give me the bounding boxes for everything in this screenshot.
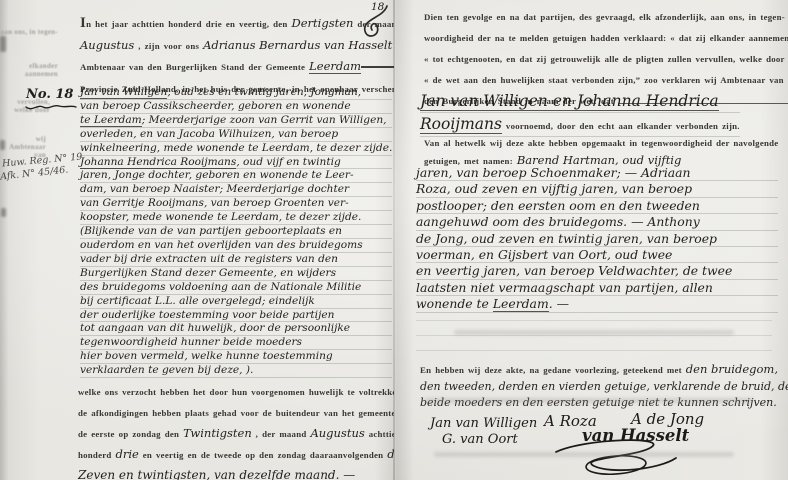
text-line: (Blijkende van de van partijen geboortep… xyxy=(80,225,392,239)
printed-text: en veertig en de tweede op den zondag da… xyxy=(139,450,387,460)
printed-text: voornoemd, door den echt aan elkander ve… xyxy=(502,121,740,131)
handwritten-text: en veertig jaren, van beroep Veldwachter… xyxy=(416,263,732,278)
text-line: der ouderlijke toestemming voor beide pa… xyxy=(80,309,392,323)
handwritten-text: Jan van Willigen en Johanna Hendrica xyxy=(420,92,719,111)
handwritten-text: jaren, van beroep Schoenmaker; — Adriaan xyxy=(416,165,691,180)
text-line: Burgerlijken Stand dezer Gemeente, en wi… xyxy=(80,267,392,281)
text-line: tegenwoordigheid hunner beide moeders xyxy=(80,336,392,350)
handwritten-text: bij certificaat L.L. alle overgelegd; ei… xyxy=(80,295,315,307)
printed-text: , zijn voor ons xyxy=(134,41,203,51)
printed-text: welke ons verzocht hebben het door hun v… xyxy=(78,387,394,397)
printed-text: de afkondigingen hebben plaats gehad voo… xyxy=(78,408,394,418)
printed-text: woordigheid der na te melden getuigen ha… xyxy=(424,33,788,43)
handwritten-text: jaren, Jonge dochter, geboren en wonende… xyxy=(80,169,354,181)
handwritten-text: ; Meerderjarige zoon van Gerrit van Will… xyxy=(142,114,387,126)
text-line: jaren, van beroep Schoenmaker; — Adriaan xyxy=(416,165,778,181)
bleed-through-line xyxy=(454,330,734,335)
text-line: van Gerritje Rooijmans, van beroep Groen… xyxy=(80,197,392,211)
text-line: dam, van beroep Naaister; Meerderjarige … xyxy=(80,183,392,197)
handwritten-text: den xyxy=(387,447,394,461)
handwritten-text: , oud zes en twintig jaren, Jongman, xyxy=(167,86,361,98)
handwritten-text: van Gerritje Rooijmans, van beroep Groen… xyxy=(80,197,349,209)
printed-text: getuigen, met namen: xyxy=(424,156,517,166)
text-line: des bruidegoms voldoening aan de Nationa… xyxy=(80,281,392,295)
printed-text: Van al hetwelk wij deze akte hebben opge… xyxy=(424,138,778,148)
right-page: Dien ten gevolge en na dat partijen, des… xyxy=(394,0,788,480)
marriage-record-scan: aan ons, in tegen- elkander aannemen ver… xyxy=(0,0,788,480)
banns-paragraph: welke ons verzocht hebben het door hun v… xyxy=(78,381,392,480)
handwritten-text: Augustus xyxy=(310,426,364,440)
handwritten-text: Rooijmans xyxy=(420,115,502,134)
text-line: In het jaar achttien honderd drie en vee… xyxy=(80,13,392,35)
handwritten-text: vader bij drie extracten uit de register… xyxy=(80,253,338,265)
couple-names-line: Jan van Willigen en Johanna HendricaRooi… xyxy=(420,90,740,137)
text-line: En hebben wij deze akte, na gedane voorl… xyxy=(420,362,788,379)
text-line: Ambtenaar van den Burgerlijken Stand der… xyxy=(80,56,392,78)
text-line: vader bij drie extracten uit de register… xyxy=(80,253,392,267)
printed-text: Dien ten gevolge en na dat partijen, des… xyxy=(424,12,785,22)
handwritten-text: Johanna Hendrica Rooijmans xyxy=(80,156,236,169)
handwritten-text: postlooper; den eersten oom en den tweed… xyxy=(416,198,700,213)
text-line: Augustus , zijn voor ons Adrianus Bernar… xyxy=(80,35,392,57)
handwritten-text: des bruidegoms voldoening aan de Nationa… xyxy=(80,281,361,293)
text-line: postlooper; den eersten oom en den tweed… xyxy=(416,198,778,214)
text-line: welke ons verzocht hebben het door hun v… xyxy=(78,381,392,402)
handwritten-text: hier boven vermeld, welke hunne toestemm… xyxy=(80,350,333,362)
handwritten-text: Twintigsten xyxy=(183,426,252,440)
printed-text: « de wet aan den huwelijken staat verbon… xyxy=(424,75,784,85)
handwritten-text: verklaarden te geven bij deze, ). xyxy=(80,364,253,376)
text-line: de afkondigingen hebben plaats gehad voo… xyxy=(78,402,392,423)
handwritten-text: Zeven en twintigsten, van dezelfde maand… xyxy=(78,468,355,480)
text-line: laatsten niet vermaagschapt van partijen… xyxy=(416,280,778,296)
printed-text: In het jaar achttien honderd drie en vee… xyxy=(80,19,292,29)
handwritten-text: winkelneering, mede wonende te Leerdam, … xyxy=(80,142,394,154)
handwritten-text: den bruidegom, xyxy=(686,362,778,376)
handwritten-text: den tweeden, derden en vierden getuige, … xyxy=(420,380,788,393)
handwritten-text: overleden, en van Jacoba Wilhuizen, van … xyxy=(80,128,338,140)
text-line: de eerste op zondag den Twintigsten , de… xyxy=(78,423,392,444)
printed-text: der maand xyxy=(353,19,394,29)
witnesses-paragraph: jaren, van beroep Schoenmaker; — Adriaan… xyxy=(416,165,778,313)
text-line: honderd drie en veertig en de tweede op … xyxy=(78,444,392,465)
text-line: aangehuwd oom des bruidegoms. — Anthony xyxy=(416,214,778,230)
text-line: Dien ten gevolge en na dat partijen, des… xyxy=(424,6,780,27)
text-line: Zeven en twintigsten, van dezelfde maand… xyxy=(78,465,392,480)
text-line: ouderdom en van het overlijden van des b… xyxy=(80,239,392,253)
signature-flourish-icon xyxy=(552,438,684,480)
text-line: Johanna Hendrica Rooijmans, oud vijf en … xyxy=(80,156,392,170)
handwritten-text: Leerdam xyxy=(309,59,361,74)
text-line: Jan van Willigen, oud zes en twintig jar… xyxy=(80,86,392,100)
handwritten-text: Adrianus Bernardus van Hasselt Raadslid, xyxy=(203,38,394,52)
printed-text: achttien xyxy=(365,429,394,439)
handwritten-text: aangehuwd oom des bruidegoms. — Anthony xyxy=(416,214,700,229)
signing-statement-paragraph: En hebben wij deze akte, na gedane voorl… xyxy=(420,362,788,412)
bleed-through-line xyxy=(424,398,754,403)
handwritten-text: Roza, oud zeven en vijftig jaren, van be… xyxy=(416,181,692,196)
bride-groom-paragraph: Jan van Willigen, oud zes en twintig jar… xyxy=(80,86,392,378)
handwritten-text: de Jong, oud zeven en twintig jaren, van… xyxy=(416,231,717,246)
handwritten-text: der ouderlijke toestemming voor beide pa… xyxy=(80,309,334,321)
text-line: overleden, en van Jacoba Wilhuizen, van … xyxy=(80,128,392,142)
handwritten-text: koopster, mede wonende te Leerdam, te de… xyxy=(80,211,361,223)
text-line: bij certificaat L.L. alle overgelegd; ei… xyxy=(80,295,392,309)
text-line: verklaarden te geven bij deze, ). xyxy=(80,364,392,378)
text-line: Van al hetwelk wij deze akte hebben opge… xyxy=(424,134,778,152)
left-page: 18 No. 18 Huw. Reg. N° 19 Afk. N° 45/46.… xyxy=(0,0,394,480)
text-line: jaren, Jonge dochter, geboren en wonende… xyxy=(80,169,392,183)
underline-flourish-icon xyxy=(24,103,78,113)
signature-g-van-oort: G. van Oort xyxy=(442,432,518,447)
text-line: winkelneering, mede wonende te Leerdam, … xyxy=(80,142,392,156)
text-line: van beroep Cassikscheerder, geboren en w… xyxy=(80,100,392,114)
text-line: voerman, en Gijsbert van Oort, oud twee xyxy=(416,247,778,263)
handwritten-text: Dertigsten xyxy=(292,16,354,30)
text-line: de Jong, oud zeven en twintig jaren, van… xyxy=(416,231,778,247)
handwritten-text: , oud vijf en twintig xyxy=(236,156,340,168)
ink-flourish-icon xyxy=(361,57,394,68)
printed-text: de eerste op zondag den xyxy=(78,429,183,439)
printed-text: Ambtenaar van den Burgerlijken Stand der… xyxy=(80,62,309,72)
act-number-margin: No. 18 xyxy=(26,87,73,102)
handwritten-text: Jan van Willigen xyxy=(80,86,167,99)
handwritten-text: drie xyxy=(115,447,138,461)
handwritten-text: laatsten niet vermaagschapt van partijen… xyxy=(416,280,713,295)
text-line: « de wet aan den huwelijken staat verbon… xyxy=(424,69,780,90)
printed-text: En hebben wij deze akte, na gedane voorl… xyxy=(420,365,686,375)
handwritten-text: Burgerlijken Stand dezer Gemeente, en wi… xyxy=(80,267,336,279)
handwritten-text: tegenwoordigheid hunner beide moeders xyxy=(80,336,302,348)
text-line: den tweeden, derden en vierden getuige, … xyxy=(420,379,788,396)
text-line: te Leerdam; Meerderjarige zoon van Gerri… xyxy=(80,114,392,128)
bleed-through-line xyxy=(434,452,734,457)
handwritten-text: tot aangaan van dit huwelijk, door de pe… xyxy=(80,322,350,334)
signature-jan-van-willigen: Jan van Willigen xyxy=(430,416,537,431)
handwritten-text: voerman, en Gijsbert van Oort, oud twee xyxy=(416,247,672,262)
text-line: « tot echtgenooten, en dat zij getrouwel… xyxy=(424,48,780,69)
text-line: woordigheid der na te melden getuigen ha… xyxy=(424,27,780,48)
text-line: en veertig jaren, van beroep Veldwachter… xyxy=(416,263,778,279)
text-line: Roza, oud zeven en vijftig jaren, van be… xyxy=(416,181,778,197)
handwritten-text: Augustus xyxy=(80,38,134,52)
text-line: tot aangaan van dit huwelijk, door de pe… xyxy=(80,322,392,336)
handwritten-text: (Blijkende van de van partijen geboortep… xyxy=(80,225,342,237)
handwritten-text: dam, van beroep Naaister; Meerderjarige … xyxy=(80,183,349,195)
text-line: Jan van Willigen en Johanna Hendrica xyxy=(420,90,740,113)
witnesses-intro-paragraph: Van al hetwelk wij deze akte hebben opge… xyxy=(424,134,778,169)
printed-text: « tot echtgenooten, en dat zij getrouwel… xyxy=(424,54,785,64)
text-line: koopster, mede wonende te Leerdam, te de… xyxy=(80,211,392,225)
handwritten-text: te Leerdam xyxy=(80,114,142,127)
text-line: hier boven vermeld, welke hunne toestemm… xyxy=(80,350,392,364)
printed-text: , der maand xyxy=(252,429,311,439)
printed-text: honderd xyxy=(78,450,115,460)
handwritten-text: van beroep Cassikscheerder, geboren en w… xyxy=(80,100,351,112)
handwritten-text: ouderdom en van het overlijden van des b… xyxy=(80,239,363,251)
